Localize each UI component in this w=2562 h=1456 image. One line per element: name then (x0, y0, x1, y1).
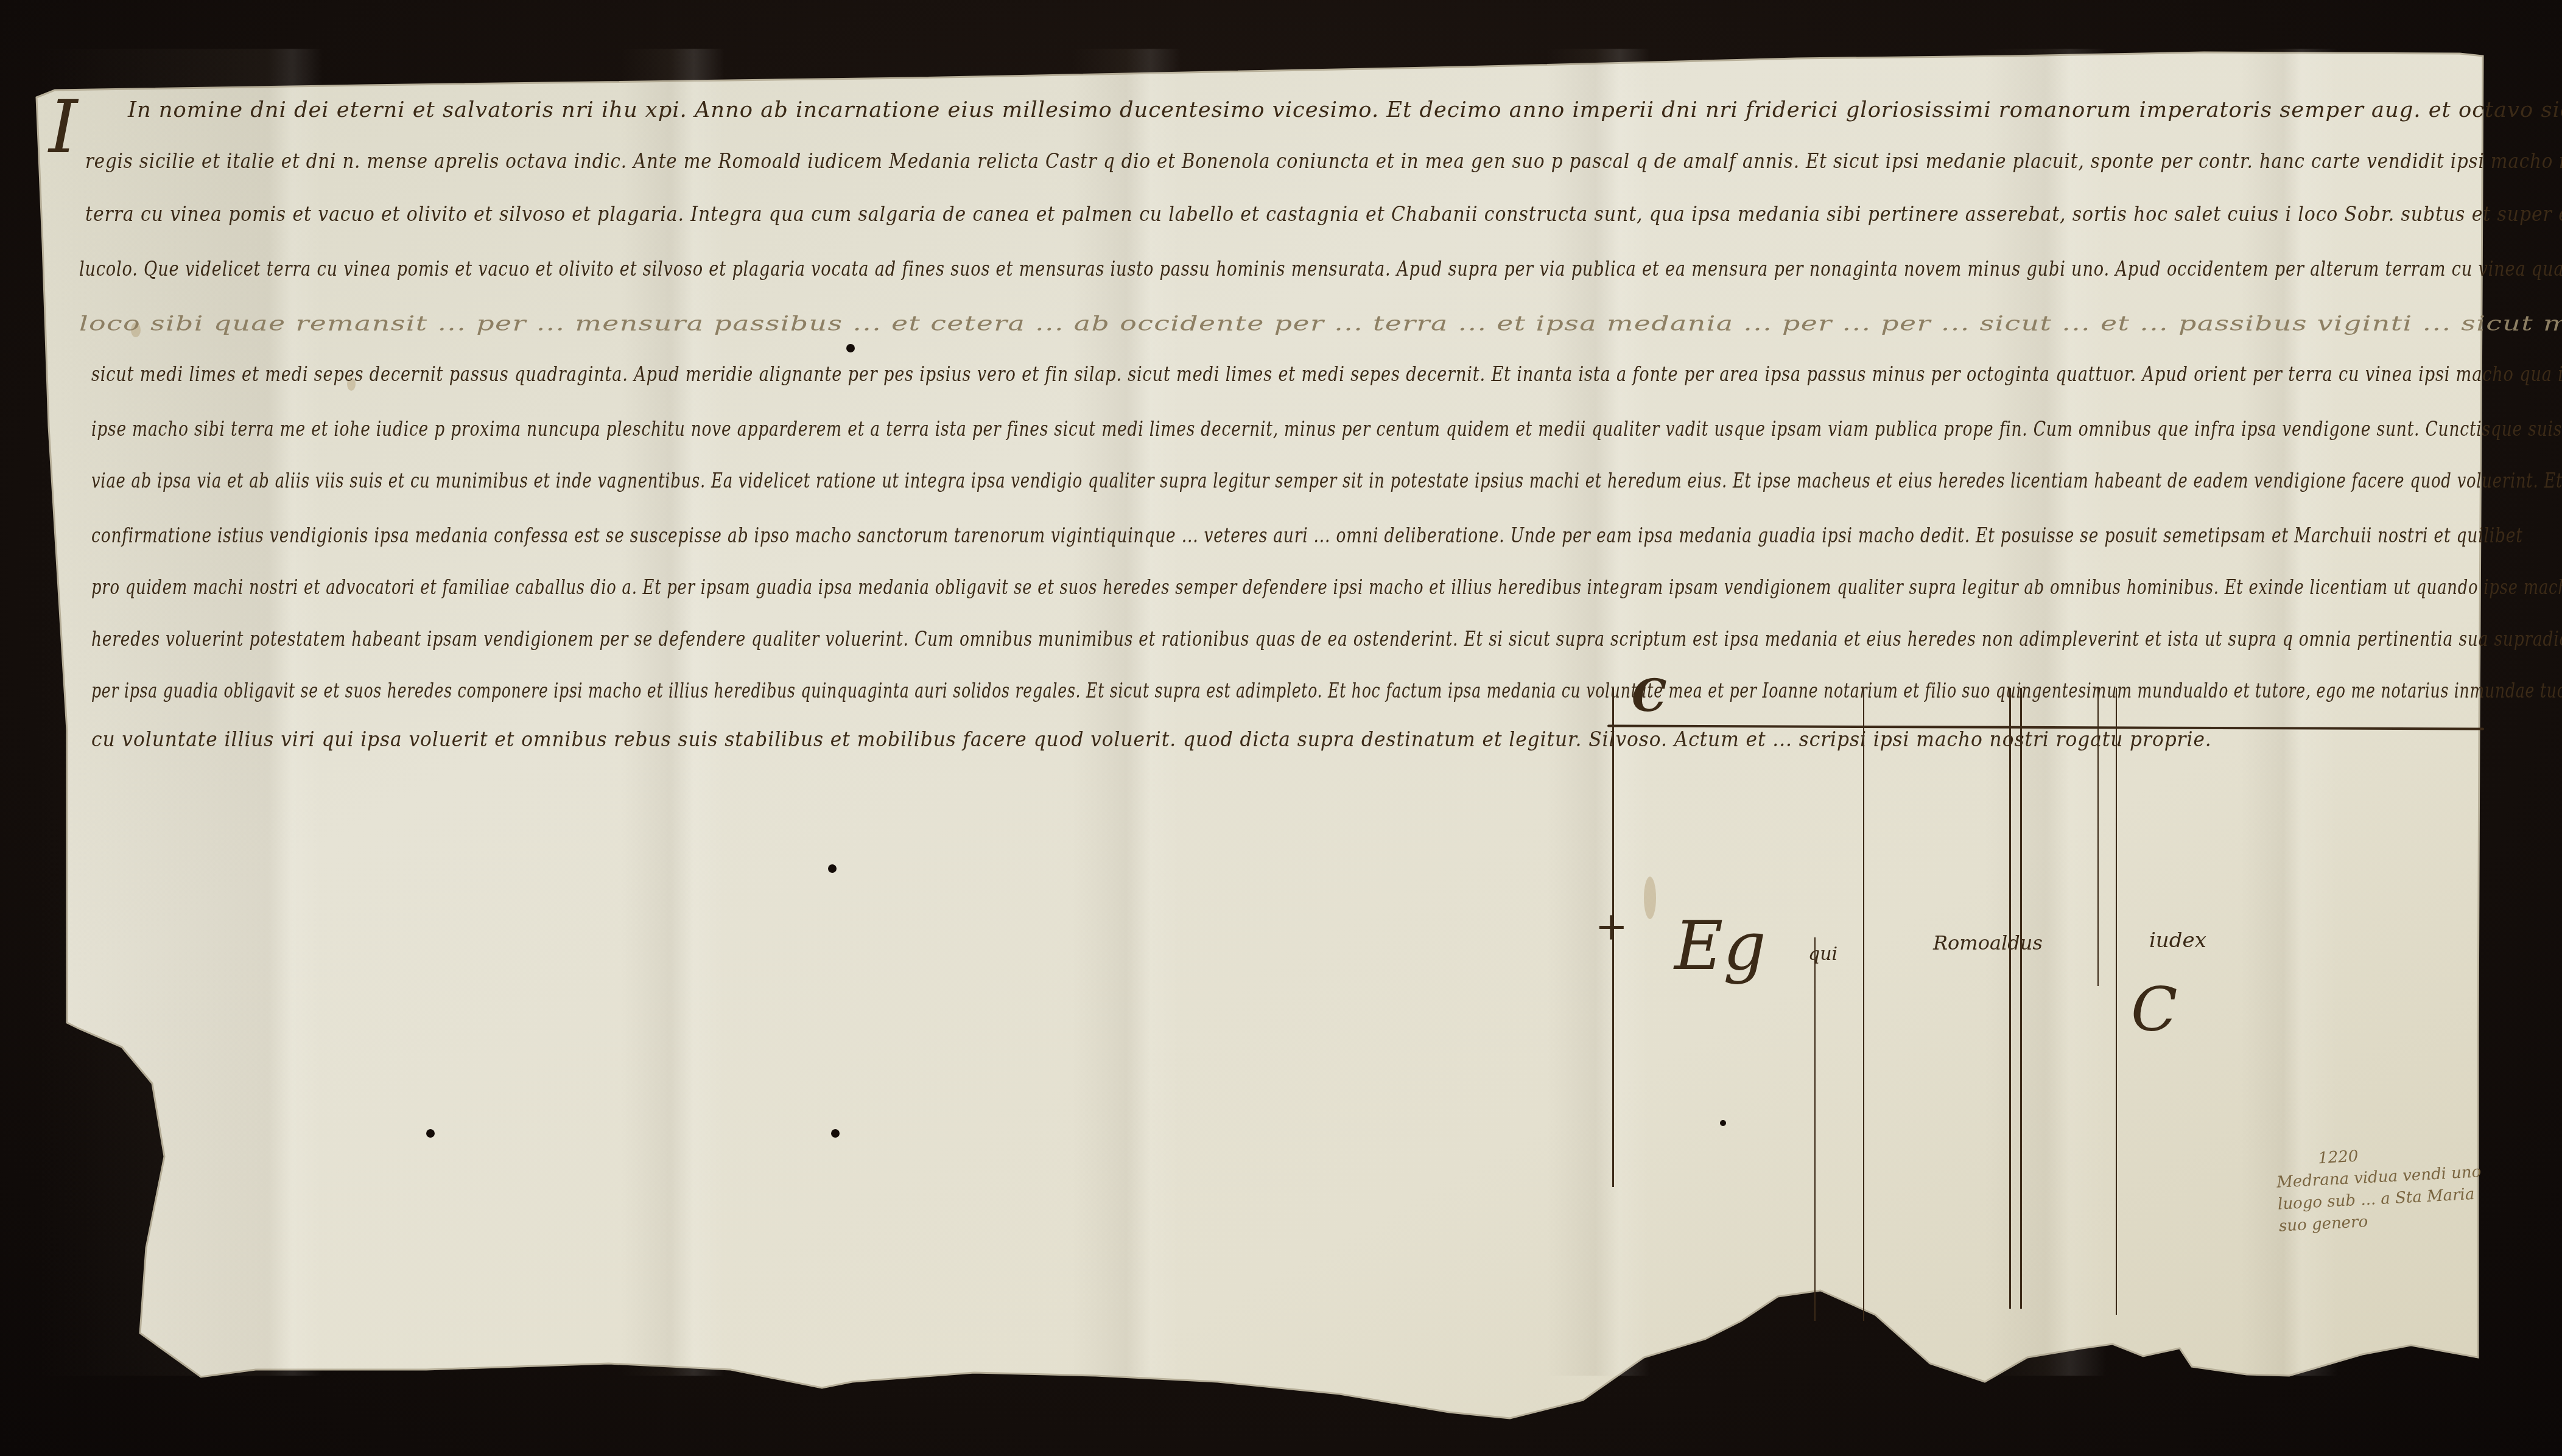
text-line-1: In nomine dni dei eterni et salvatoris n… (128, 97, 2562, 122)
signature-name-romoaldus: Romoaldus (1933, 931, 2043, 954)
signature-monogram: C (1632, 670, 1666, 721)
parchment-sheet: I In nomine dni dei eterni et salvatoris… (0, 0, 2562, 1456)
worm-hole (846, 344, 855, 352)
signature-text-iudex: iudex (2149, 928, 2206, 953)
signature-stroke (2009, 688, 2011, 1309)
text-line-10: pro quidem machi nostri et advocatori et… (91, 575, 2562, 600)
water-stain (1644, 877, 1656, 919)
archival-annotation: 1220 Medrana vidua vendi uno luogo sub .… (2275, 1139, 2484, 1237)
signature-stroke (2020, 688, 2022, 1309)
worm-hole (831, 1129, 840, 1138)
signature-text-qui: qui (1808, 943, 1837, 965)
text-line-3: terra cu vinea pomis et vacuo et olivito… (85, 202, 2562, 226)
signature-stroke (1863, 688, 1864, 1321)
text-line-9: confirmatione istius vendigionis ipsa me… (91, 523, 2523, 548)
signature-stroke (2097, 688, 2099, 986)
text-line-13: cu voluntate illius viri qui ipsa voluer… (91, 727, 1436, 752)
signature-monogram: C (2131, 974, 2178, 1045)
signature-stroke (2116, 688, 2117, 1315)
text-line-11: heredes voluerint potestatem habeant ips… (91, 627, 2562, 651)
signature-stroke (1814, 937, 1816, 1321)
text-line-6: sicut medi limes et medi sepes decernit … (91, 362, 2562, 387)
text-line-4: lucolo. Que videlicet terra cu vinea pom… (79, 257, 2562, 281)
worm-hole (1720, 1120, 1726, 1126)
text-line-2: regis sicilie et italie et dni n. mense … (85, 149, 2562, 173)
signum-cross-mark: + (1595, 904, 1628, 949)
signature-monogram: Eg (1674, 907, 1766, 985)
worm-hole (828, 864, 837, 873)
text-line-12: per ipsa guadia obligavit se et suos her… (91, 679, 2562, 703)
text-line-8: viae ab ipsa via et ab aliis viis suis e… (91, 469, 2562, 493)
text-line-5-faded: loco sibi quae remansit ... per ... mens… (79, 312, 2562, 336)
decorated-initial: I (49, 91, 77, 164)
text-line-7: ipse macho sibi terra me et iohe iudice … (91, 417, 2562, 441)
worm-hole (426, 1129, 435, 1138)
